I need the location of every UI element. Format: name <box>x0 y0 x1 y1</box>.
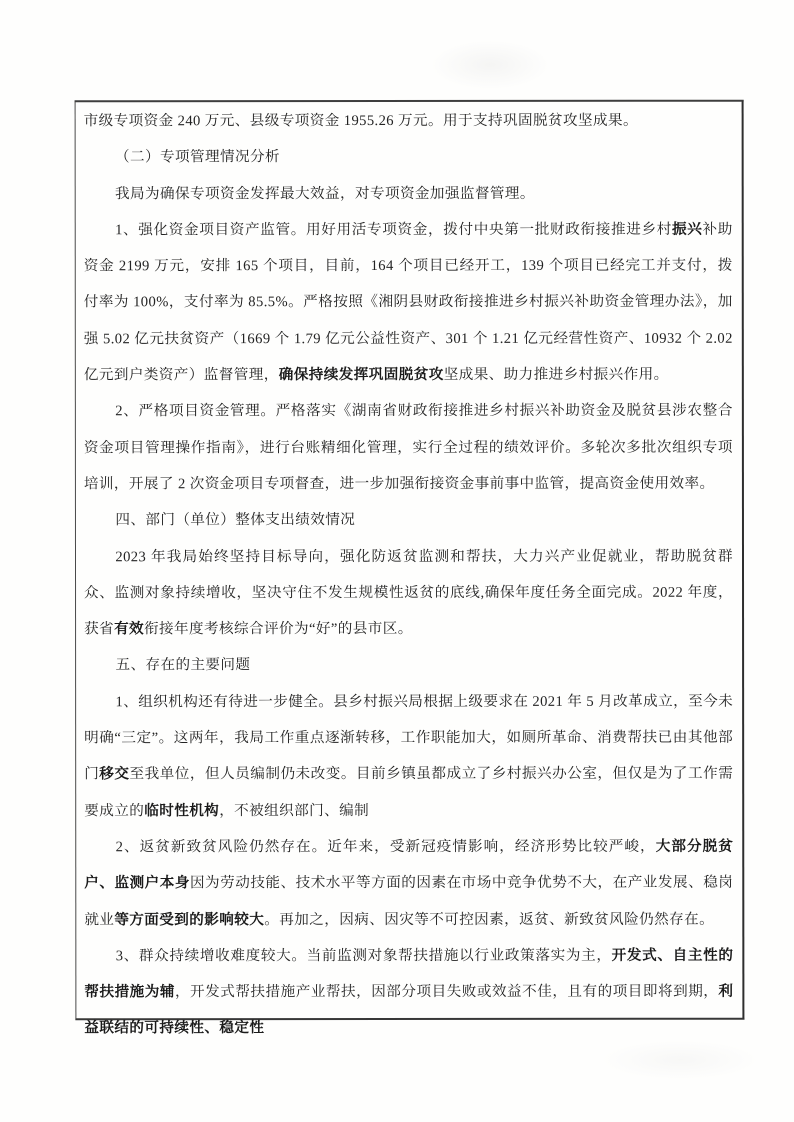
paragraph: 市级专项资金 240 万元、县级专项资金 1955.26 万元。用于支持巩固脱贫… <box>84 103 733 140</box>
text-run: 补助资金 2199 万元，安排 165 个项目，目前，164 个项目已经开工，1… <box>84 222 733 384</box>
text-run: 移交 <box>99 767 129 783</box>
paragraph: 五、存在的主要问题 <box>84 647 733 684</box>
text-run: 1、强化资金项目资产监管。用好用活专项资金，拨付中央第一批财政衔接推进乡村 <box>115 222 672 238</box>
text-run: 2、严格项目资金管理。严格落实《湖南省财政衔接推进乡村振兴补助资金及脱贫县涉农整… <box>84 403 733 492</box>
text-run: 我局为确保专项资金发挥最大效益，对专项资金加强监督管理。 <box>115 185 535 201</box>
paragraph: 2023 年我局始终坚持目标导向，强化防返贫监测和帮扶，大力兴产业促就业，帮助脱… <box>84 538 733 647</box>
paragraph: 四、部门（单位）整体支出绩效情况 <box>84 502 733 539</box>
paragraph: 3、群众持续增收难度较大。当前监测对象帮扶措施以行业政策落实为主，开发式、自主性… <box>84 938 733 1047</box>
text-run: 临时性机构 <box>144 803 219 819</box>
text-run: 五、存在的主要问题 <box>115 658 250 674</box>
document-border-box: 市级专项资金 240 万元、县级专项资金 1955.26 万元。用于支持巩固脱贫… <box>75 100 745 1021</box>
text-run: 。再加之，因病、因灾等不可控因素，返贫、新致贫风险仍然存在。 <box>264 911 714 927</box>
paragraph: 1、强化资金项目资产监管。用好用活专项资金，拨付中央第一批财政衔接推进乡村振兴补… <box>84 212 733 394</box>
text-run: 衔接年度考核综合评价为“好”的县市区。 <box>144 621 413 637</box>
document-page: 市级专项资金 240 万元、县级专项资金 1955.26 万元。用于支持巩固脱贫… <box>0 0 794 1122</box>
text-run: （二）专项管理情况分析 <box>115 149 280 165</box>
paragraph: （二）专项管理情况分析 <box>84 139 733 176</box>
text-run: 四、部门（单位）整体支出绩效情况 <box>115 512 355 528</box>
text-run: ，开发式帮扶措施产业帮扶，因部分项目失败或效益不佳，且有的项目即将到期， <box>175 984 718 1000</box>
text-run: 坚成果、助力推进乡村振兴作用。 <box>444 367 669 383</box>
text-run: 确保持续发挥巩固脱贫攻 <box>279 367 444 383</box>
text-run: ，不被组织部门、编制 <box>219 803 369 819</box>
text-run: 市级专项资金 240 万元、县级专项资金 1955.26 万元。用于支持巩固脱贫… <box>84 113 638 129</box>
paragraph: 2、严格项目资金管理。严格落实《湖南省财政衔接推进乡村振兴补助资金及脱贫县涉农整… <box>84 393 733 502</box>
text-run: 2、返贫新致贫风险仍然存在。近年来，受新冠疫情影响，经济形势比较严峻， <box>116 839 656 855</box>
paragraph: 我局为确保专项资金发挥最大效益，对专项资金加强监督管理。 <box>84 175 733 212</box>
text-run: 振兴 <box>672 222 703 238</box>
text-run: 等方面受到的影响较大 <box>114 912 264 928</box>
text-run: 3、群众持续增收难度较大。当前监测对象帮扶措施以行业政策落实为主， <box>116 948 612 964</box>
paragraph: 2、返贫新致贫风险仍然存在。近年来，受新冠疫情影响，经济形势比较严峻，大部分脱贫… <box>84 829 733 938</box>
text-run: 有效 <box>114 621 144 637</box>
paragraph: 1、组织机构还有待进一步健全。县乡村振兴局根据上级要求在 2021 年 5 月改… <box>84 683 733 829</box>
